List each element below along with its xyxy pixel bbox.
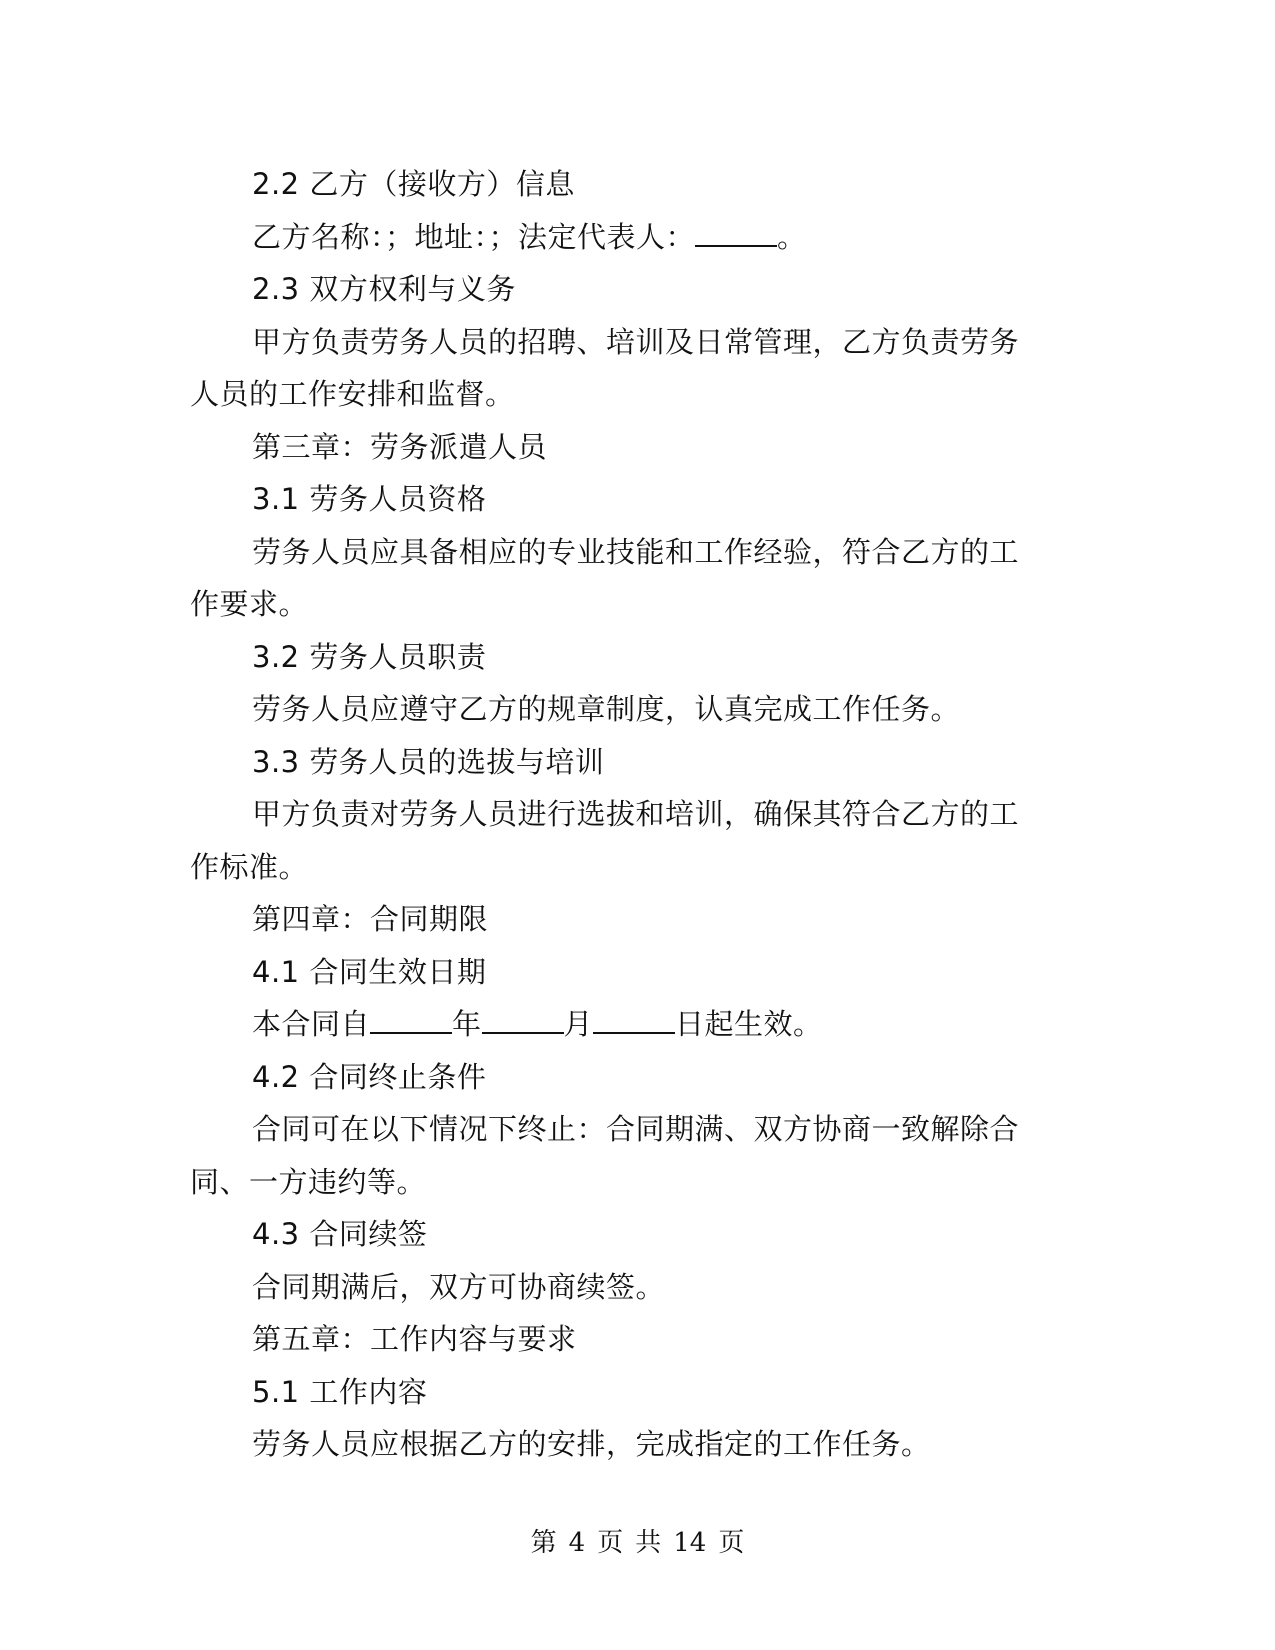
document-page: 2.2 乙方（接收方）信息 乙方名称：；地址：；法定代表人：。 2.3 双方权利… [0,0,1275,1650]
paragraph-rights-duties: 甲方负责劳务人员的招聘、培训及日常管理，乙方负责劳务 [190,316,1070,369]
section-heading-2-3: 2.3 双方权利与义务 [190,263,1070,316]
day-blank [593,1008,675,1034]
paragraph-renewal: 合同期满后，双方可协商续签。 [190,1261,1070,1314]
paragraph-termination-cont: 同、一方违约等。 [190,1156,1070,1209]
effective-date-prefix: 本合同自 [252,1007,370,1041]
footer-total-suffix: 页 [718,1528,744,1558]
footer-page-word: 页 [597,1528,623,1558]
paragraph-work-content: 劳务人员应根据乙方的安排，完成指定的工作任务。 [190,1418,1070,1471]
day-suffix: 日起生效。 [675,1007,823,1041]
section-heading-2-2: 2.2 乙方（接收方）信息 [190,158,1070,211]
current-page-number: 4 [569,1528,586,1558]
effective-date-line: 本合同自年月日起生效。 [190,998,1070,1051]
paragraph-selection-training: 甲方负责对劳务人员进行选拔和培训，确保其符合乙方的工 [190,788,1070,841]
footer-total-prefix: 共 [635,1528,661,1558]
footer-prefix: 第 [531,1528,557,1558]
year-blank [370,1008,452,1034]
year-label: 年 [452,1007,482,1041]
chapter-4-heading: 第四章：合同期限 [190,893,1070,946]
page-footer: 第4页共14页 [0,1522,1275,1559]
paragraph-selection-training-cont: 作标准。 [190,841,1070,894]
paragraph-qualifications: 劳务人员应具备相应的专业技能和工作经验，符合乙方的工 [190,526,1070,579]
total-pages-number: 14 [673,1528,706,1558]
month-label: 月 [564,1007,594,1041]
party-b-fields-label: 乙方名称：；地址：；法定代表人： [252,220,695,254]
section-heading-3-2: 3.2 劳务人员职责 [190,631,1070,684]
section-heading-5-1: 5.1 工作内容 [190,1366,1070,1419]
section-heading-4-1: 4.1 合同生效日期 [190,946,1070,999]
chapter-3-heading: 第三章：劳务派遣人员 [190,421,1070,474]
party-b-info-line: 乙方名称：；地址：；法定代表人：。 [190,211,1070,264]
section-heading-4-3: 4.3 合同续签 [190,1208,1070,1261]
paragraph-duties: 劳务人员应遵守乙方的规章制度，认真完成工作任务。 [190,683,1070,736]
document-body: 2.2 乙方（接收方）信息 乙方名称：；地址：；法定代表人：。 2.3 双方权利… [190,158,1070,1471]
legal-representative-blank [695,221,777,247]
paragraph-rights-duties-cont: 人员的工作安排和监督。 [190,368,1070,421]
month-blank [482,1008,564,1034]
section-heading-3-3: 3.3 劳务人员的选拔与培训 [190,736,1070,789]
paragraph-termination: 合同可在以下情况下终止：合同期满、双方协商一致解除合 [190,1103,1070,1156]
period: 。 [777,220,807,254]
section-heading-3-1: 3.1 劳务人员资格 [190,473,1070,526]
paragraph-qualifications-cont: 作要求。 [190,578,1070,631]
section-heading-4-2: 4.2 合同终止条件 [190,1051,1070,1104]
chapter-5-heading: 第五章：工作内容与要求 [190,1313,1070,1366]
